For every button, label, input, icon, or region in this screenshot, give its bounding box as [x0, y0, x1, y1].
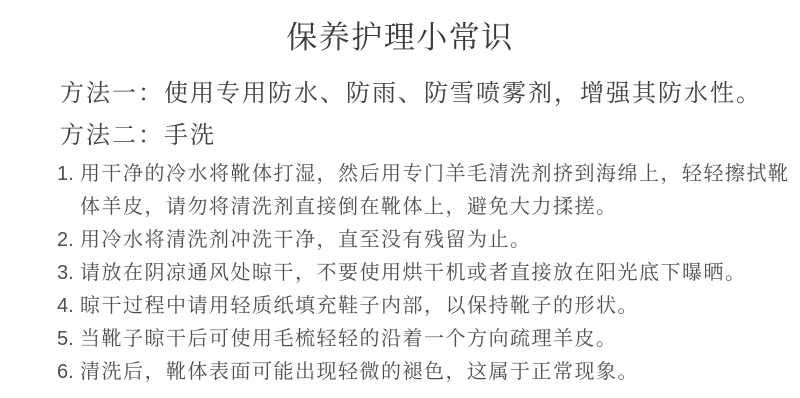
step-number: 2. [57, 224, 80, 257]
step-number: 5. [57, 323, 80, 356]
care-steps-list: 1. 用干净的冷水将靴体打湿，然后用专门羊毛清洗剂挤到海绵上，轻轻擦拭靴体羊皮，… [0, 158, 800, 389]
step-text: 清洗后，靴体表面可能出现轻微的褪色，这属于正常现象。 [80, 356, 792, 389]
step-text: 用冷水将清洗剂冲洗干净，直至没有残留为止。 [80, 224, 792, 257]
list-item: 3. 请放在阴凉通风处晾干，不要使用烘干机或者直接放在阳光底下曝晒。 [57, 257, 792, 290]
list-item: 1. 用干净的冷水将靴体打湿，然后用专门羊毛清洗剂挤到海绵上，轻轻擦拭靴体羊皮，… [57, 158, 792, 224]
care-instructions-page: 保养护理小常识 方法一：使用专用防水、防雨、防雪喷雾剂，增强其防水性。 方法二：… [0, 0, 800, 398]
step-number: 6. [57, 356, 80, 389]
step-text: 请放在阴凉通风处晾干，不要使用烘干机或者直接放在阳光底下曝晒。 [80, 257, 792, 290]
list-item: 5. 当靴子晾干后可使用毛梳轻轻的沿着一个方向疏理羊皮。 [57, 323, 792, 356]
step-number: 1. [57, 158, 80, 191]
page-title: 保养护理小常识 [0, 20, 800, 56]
method-2-line: 方法二：手洗 [60, 122, 800, 150]
list-item: 4. 晾干过程中请用轻质纸填充鞋子内部，以保持靴子的形状。 [57, 290, 792, 323]
list-item: 2. 用冷水将清洗剂冲洗干净，直至没有残留为止。 [57, 224, 792, 257]
list-item: 6. 清洗后，靴体表面可能出现轻微的褪色，这属于正常现象。 [57, 356, 792, 389]
step-text: 当靴子晾干后可使用毛梳轻轻的沿着一个方向疏理羊皮。 [80, 323, 792, 356]
step-text: 晾干过程中请用轻质纸填充鞋子内部，以保持靴子的形状。 [80, 290, 792, 323]
step-text: 用干净的冷水将靴体打湿，然后用专门羊毛清洗剂挤到海绵上，轻轻擦拭靴体羊皮，请勿将… [80, 158, 792, 224]
method-1-line: 方法一：使用专用防水、防雨、防雪喷雾剂，增强其防水性。 [60, 80, 800, 108]
step-number: 3. [57, 257, 80, 290]
step-number: 4. [57, 290, 80, 323]
